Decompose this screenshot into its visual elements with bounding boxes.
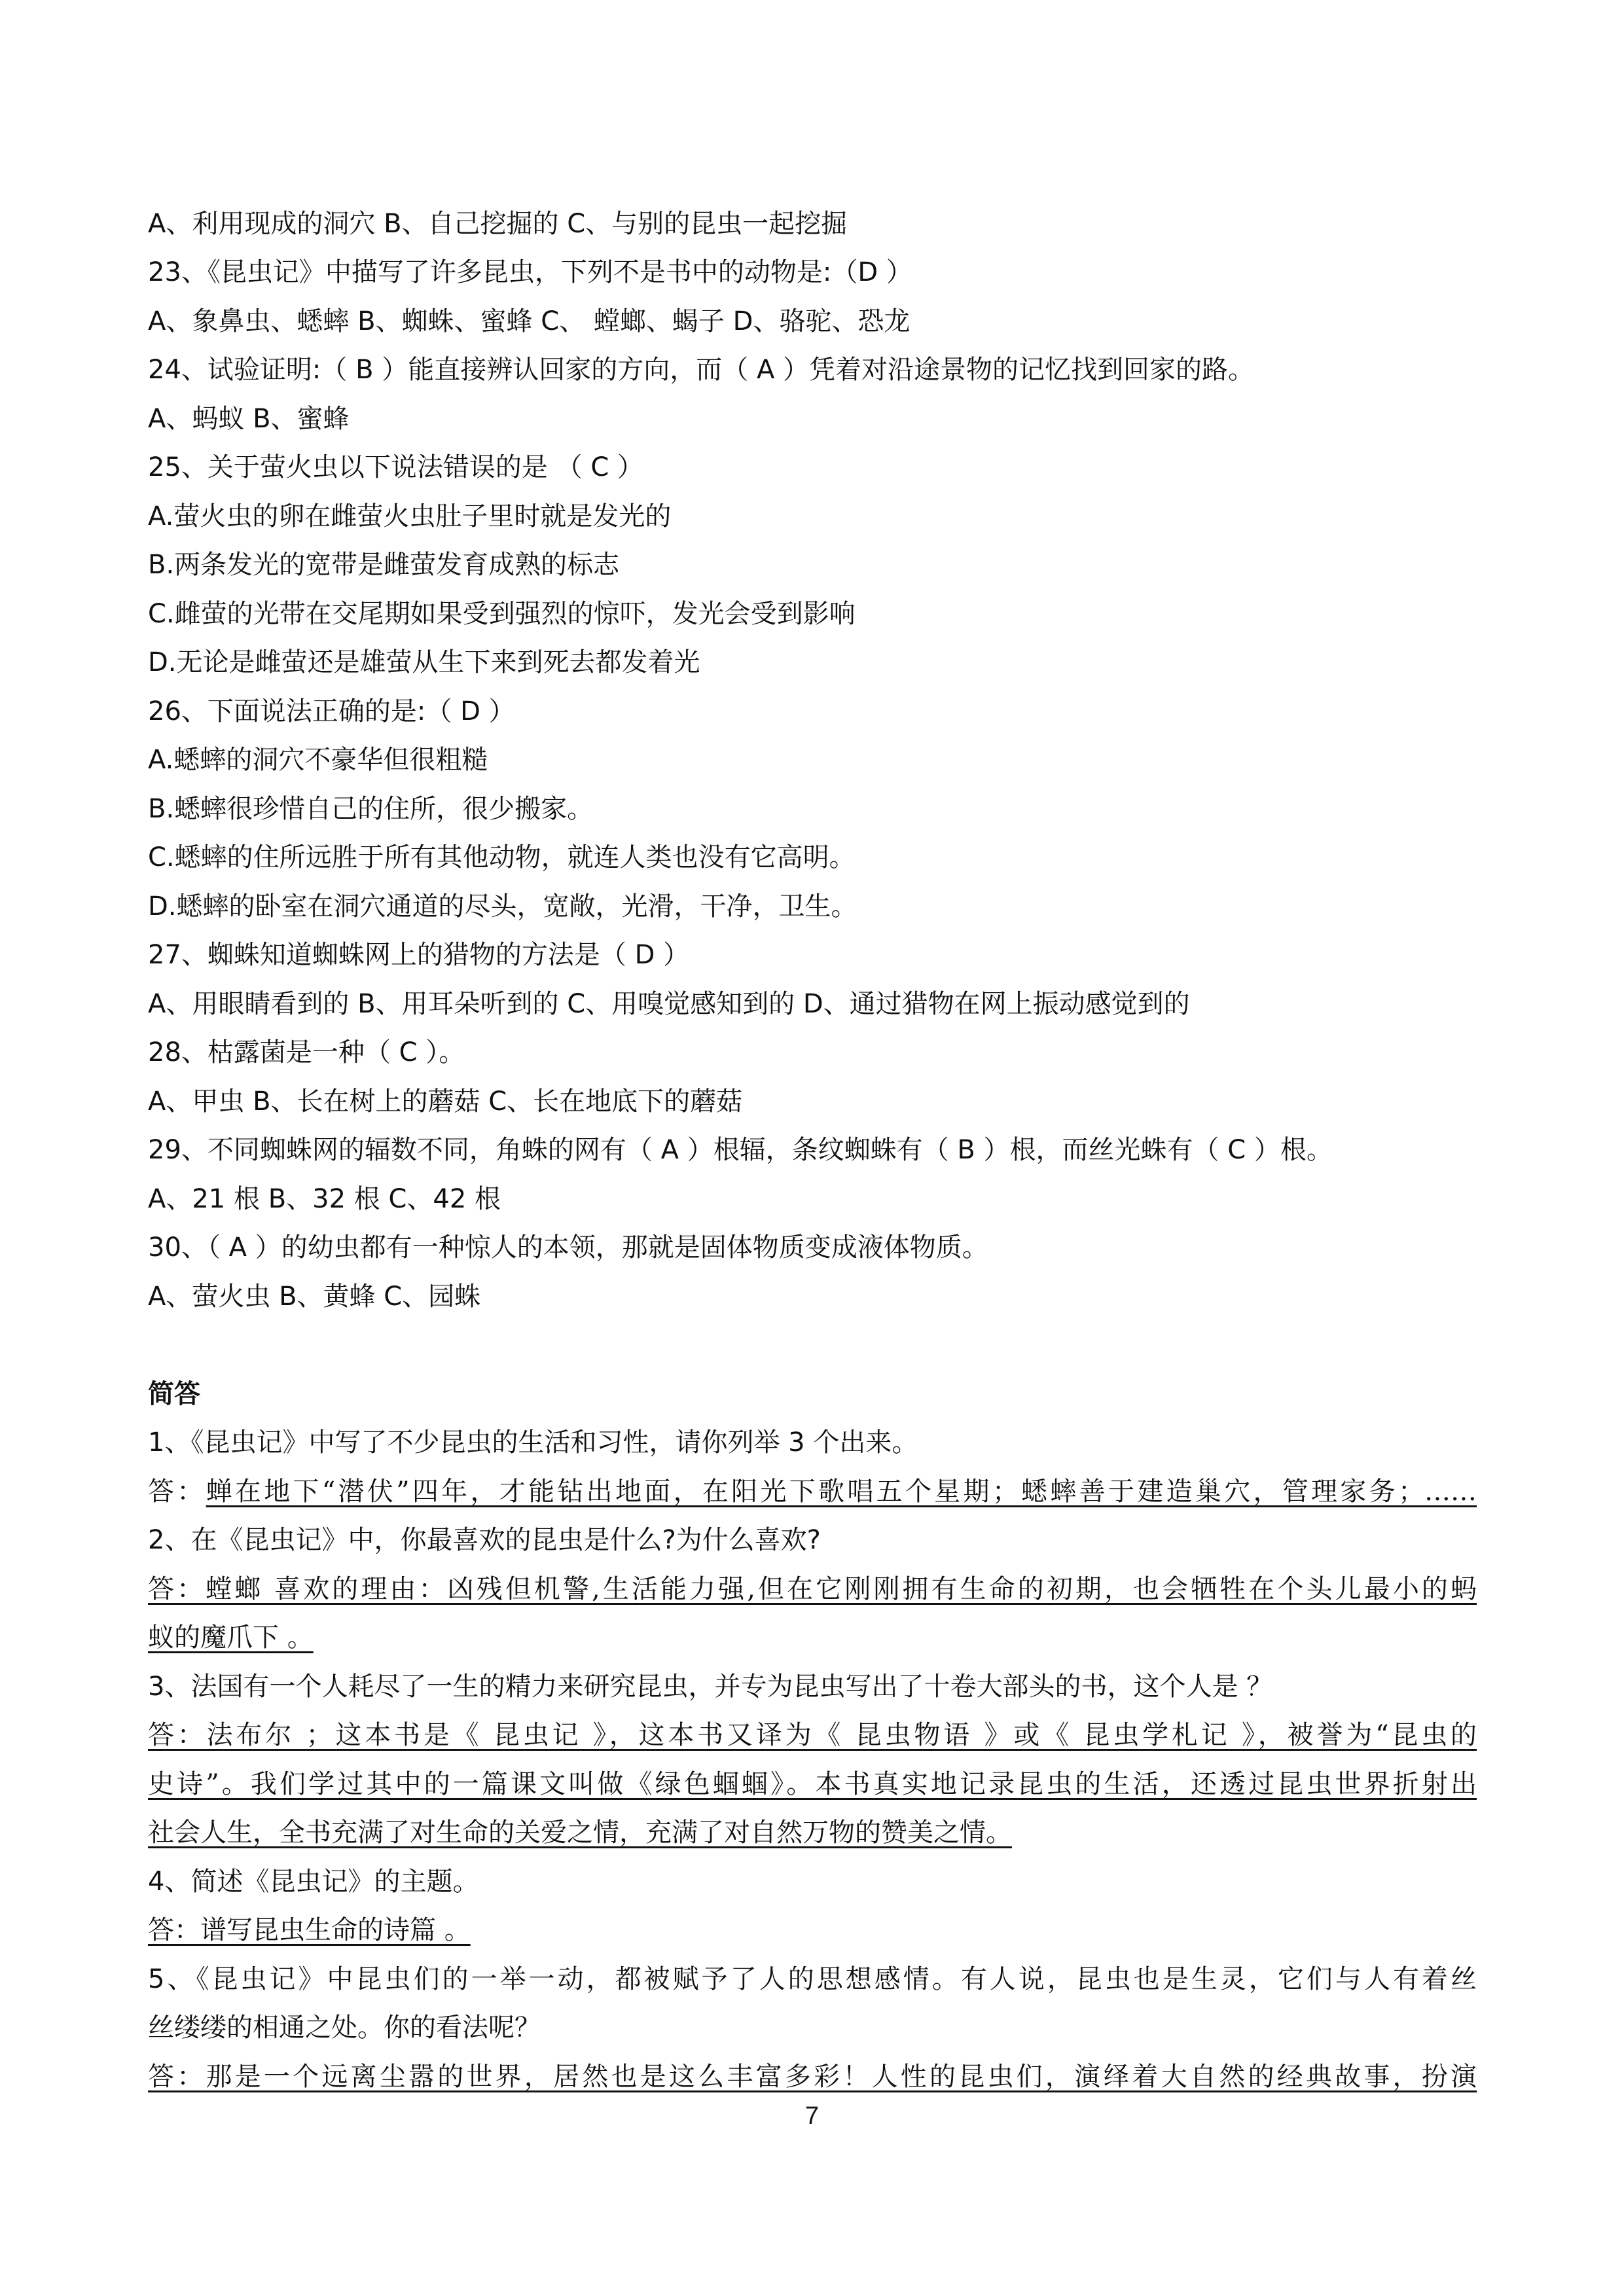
q25-option-c: C.雌萤的光带在交尾期如果受到强烈的惊吓，发光会受到影响 (148, 597, 1483, 636)
q29-options: A、21 根 B、32 根 C、42 根 (148, 1182, 1483, 1221)
sa2-answer-line-2-text: 蚁的魔爪下 。 (148, 1623, 314, 1653)
sa2-answer-line-2: 蚁的魔爪下 。 (148, 1621, 1483, 1660)
q27-question: 27、蜘蛛知道蜘蛛网上的猎物的方法是（ D ） (148, 938, 1483, 977)
sa1-answer-prefix: 答： (148, 1477, 206, 1507)
q23-options: A、象鼻虫、蟋蟀 B、蜘蛛、蜜蜂 C、 螳螂、蝎子 D、骆驼、恐龙 (148, 304, 1483, 344)
q26-option-c: C.蟋蟀的住所远胜于所有其他动物，就连人类也没有它高明。 (148, 840, 1483, 880)
q24-question: 24、试验证明:（ B ）能直接辨认回家的方向，而（ A ）凭着对沿途景物的记忆… (148, 353, 1483, 392)
q26-question: 26、下面说法正确的是:（ D ） (148, 694, 1483, 734)
sa5-answer-line-1: 答：那是一个远离尘嚣的世界，居然也是这么丰富多彩！人性的昆虫们，演绎着大自然的经… (148, 2060, 1477, 2099)
document-page: A、利用现成的洞穴 B、自己挖掘的 C、与别的昆虫一起挖掘 23、《昆虫记》中描… (0, 0, 1624, 2296)
q25-question: 25、关于萤火虫以下说法错误的是 （ C ） (148, 450, 1483, 490)
sa4-answer: 答：谱写昆虫生命的诗篇 。 (148, 1913, 1483, 1952)
q25-option-b: B.两条发光的宽带是雌萤发育成熟的标志 (148, 548, 1483, 587)
sa3-answer-line-1: 答：法布尔 ；这本书是《 昆虫记 》，这本书又译为《 昆虫物语 》或《 昆虫学札… (148, 1718, 1477, 1757)
q28-question: 28、枯露菌是一种（ C ）。 (148, 1035, 1483, 1075)
q24-options: A、蚂蚁 B、蜜蜂 (148, 402, 1483, 441)
q29-question: 29、不同蜘蛛网的辐数不同，角蛛的网有（ A ）根辐，条纹蜘蛛有（ B ）根，而… (148, 1133, 1483, 1172)
q30-question: 30、（ A ）的幼虫都有一种惊人的本领，那就是固体物质变成液体物质。 (148, 1230, 1483, 1270)
q25-option-a: A.萤火虫的卵在雌萤火虫肚子里时就是发光的 (148, 499, 1483, 539)
sa3-question: 3、法国有一个人耗尽了一生的精力来研究昆虫，并专为昆虫写出了十卷大部头的书，这个… (148, 1670, 1483, 1709)
sa2-question: 2、在《昆虫记》中，你最喜欢的昆虫是什么?为什么喜欢? (148, 1523, 1483, 1562)
q30-options: A、萤火虫 B、黄蜂 C、园蛛 (148, 1280, 1483, 1319)
sa3-answer-line-3-text: 社会人生，全书充满了对生命的关爱之情，充满了对自然万物的赞美之情。 (148, 1818, 1012, 1848)
q25-option-d: D.无论是雌萤还是雄萤从生下来到死去都发着光 (148, 645, 1483, 685)
q22-options: A、利用现成的洞穴 B、自己挖掘的 C、与别的昆虫一起挖掘 (148, 207, 1483, 246)
sa3-answer-line-2: 史诗”。我们学过其中的一篇课文叫做《绿色蝈蝈》。本书真实地记录昆虫的生活，还透过… (148, 1767, 1477, 1806)
q23-question: 23、《昆虫记》中描写了许多昆虫，下列不是书中的动物是:（D ） (148, 255, 1483, 295)
sa1-answer: 答：蝉在地下“潜伏”四年，才能钻出地面，在阳光下歌唱五个星期；蟋蟀善于建造巢穴，… (148, 1475, 1477, 1514)
sa4-answer-text: 答：谱写昆虫生命的诗篇 。 (148, 1915, 471, 1945)
sa3-answer-line-3: 社会人生，全书充满了对生命的关爱之情，充满了对自然万物的赞美之情。 (148, 1816, 1483, 1855)
q26-option-b: B.蟋蟀很珍惜自己的住所，很少搬家。 (148, 792, 1483, 831)
page-number: 7 (0, 2102, 1624, 2130)
sa5-question-line-1: 5、《昆虫记》中昆虫们的一举一动，都被赋予了人的思想感情。有人说，昆虫也是生灵，… (148, 1962, 1477, 2001)
sa5-question-line-2: 丝缕缕的相通之处。你的看法呢？ (148, 2011, 1483, 2050)
q28-options: A、甲虫 B、长在树上的蘑菇 C、长在地底下的蘑菇 (148, 1085, 1483, 1124)
q26-option-a: A.蟋蟀的洞穴不豪华但很粗糙 (148, 743, 1483, 782)
sa1-question: 1、《昆虫记》中写了不少昆虫的生活和习性，请你列举 3 个出来。 (148, 1426, 1483, 1465)
q27-options: A、用眼睛看到的 B、用耳朵听到的 C、用嗅觉感知到的 D、通过猎物在网上振动感… (148, 987, 1483, 1026)
sa1-answer-text: 蝉在地下“潜伏”四年，才能钻出地面，在阳光下歌唱五个星期；蟋蟀善于建造巢穴，管理… (206, 1477, 1477, 1507)
section-heading-short-answer: 简答 (148, 1377, 1483, 1416)
sa4-question: 4、简述《昆虫记》的主题。 (148, 1865, 1483, 1904)
sa2-answer-line-1: 答：螳螂 喜欢的理由：凶残但机警,生活能力强,但在它刚刚拥有生命的初期，也会牺牲… (148, 1572, 1477, 1611)
q26-option-d: D.蟋蟀的卧室在洞穴通道的尽头，宽敞，光滑，干净，卫生。 (148, 889, 1483, 929)
